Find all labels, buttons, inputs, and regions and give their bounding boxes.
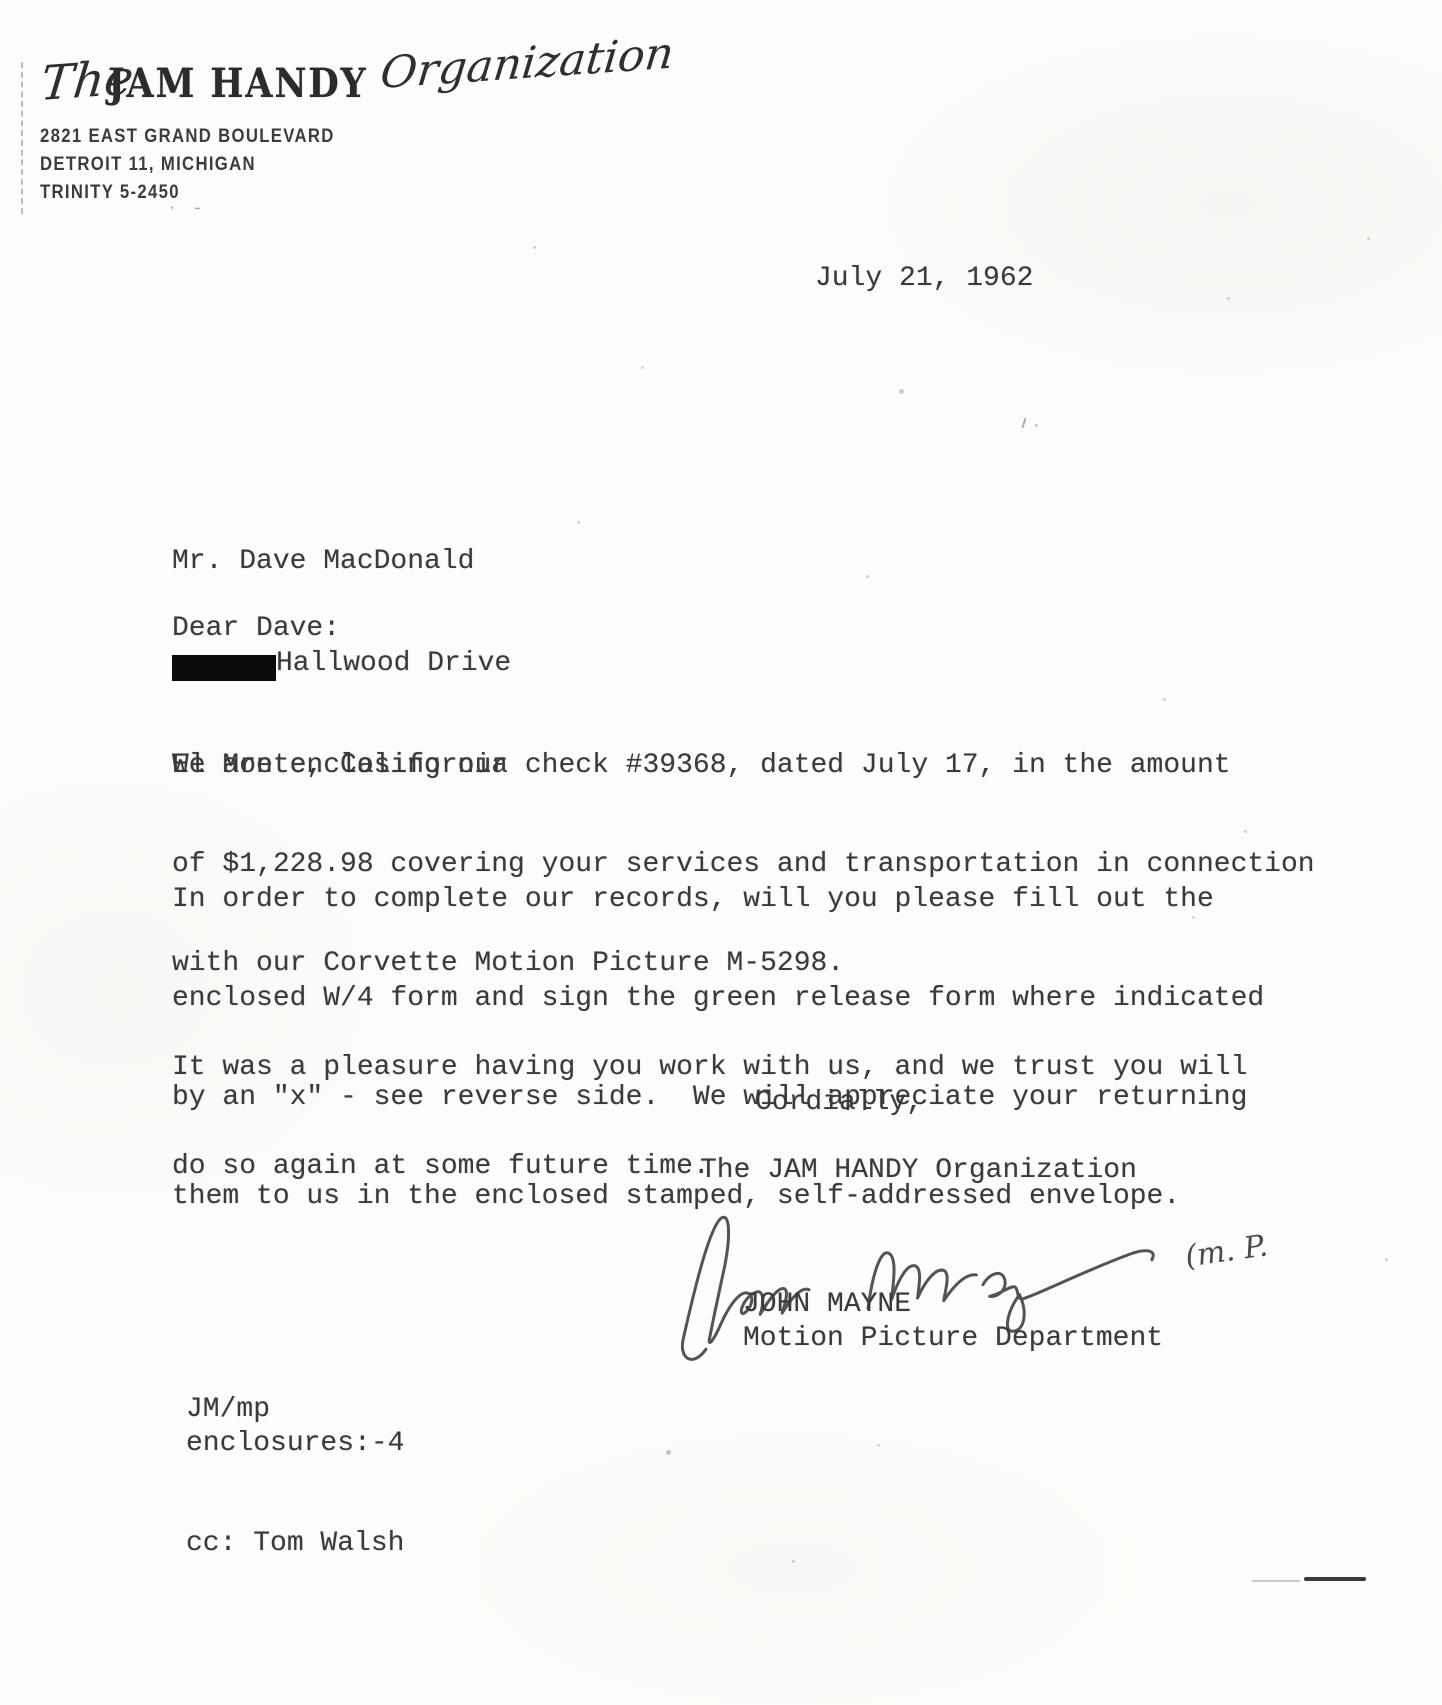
stray-mark: ʼ ˜ <box>168 206 202 222</box>
letterhead-address-line: DETROIT 11, MICHIGAN <box>40 154 256 176</box>
salutation: Dear Dave: <box>172 612 340 645</box>
valediction: Cordially, <box>755 1086 923 1119</box>
scan-underline-dark <box>1304 1577 1366 1581</box>
signer-department: Motion Picture Department <box>743 1322 1163 1355</box>
body-line: It was a pleasure having you work with u… <box>172 1051 1247 1084</box>
signer-name: JOHN MAYNE <box>743 1288 911 1321</box>
recipient-name: Mr. Dave MacDonald <box>172 545 511 579</box>
paragraph-3: It was a pleasure having you work with u… <box>172 985 1247 1249</box>
scan-specks <box>0 0 3 3</box>
redacted-house-number <box>172 655 276 681</box>
body-line: We are enclosing our check #39368, dated… <box>172 749 1315 782</box>
letter-date: July 21, 1962 <box>815 262 1033 295</box>
enclosures-note: enclosures:-4 <box>186 1427 404 1460</box>
letter-page: ʼ ˜ The JAM HANDY Organization 2821 EAST… <box>0 0 1442 1705</box>
recipient-street: Hallwood Drive <box>276 648 511 679</box>
letterhead-company-name: JAM HANDY <box>108 60 367 107</box>
recipient-street-line: Hallwood Drive <box>172 647 511 681</box>
typist-initials: JM/mp <box>186 1393 270 1426</box>
body-line: In order to complete our records, will y… <box>172 883 1264 916</box>
scan-tick-mark <box>1022 418 1027 428</box>
closing-company: The JAM HANDY Organization <box>700 1154 1137 1187</box>
cc-note: cc: Tom Walsh <box>186 1527 404 1560</box>
scan-edge-marks <box>21 62 23 214</box>
scan-underline-faint <box>1252 1580 1300 1582</box>
letterhead-script-organization: Organization <box>378 28 676 99</box>
letterhead-phone-line: TRINITY 5-2450 <box>40 182 180 204</box>
letterhead-address-line: 2821 EAST GRAND BOULEVARD <box>40 126 335 148</box>
